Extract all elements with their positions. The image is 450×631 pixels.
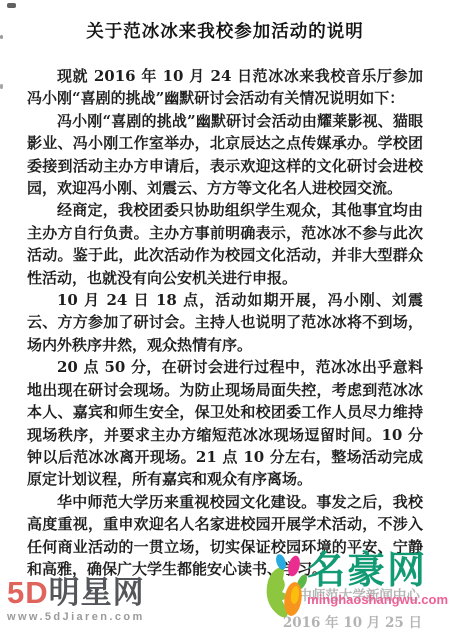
leaf-face-logo-icon xyxy=(261,554,313,624)
5d-logo-text: 明星网 xyxy=(49,575,145,610)
paragraph-agreement: 经商定，我校团委只协助组织学生观众，其他事宜均由主办方自行负责。主办方事前明确表… xyxy=(27,199,423,289)
scan-artifact xyxy=(0,35,3,39)
minghao-website-url: minghaoshangwu.com xyxy=(307,593,448,606)
paragraph-intro: 现就 2016 年 10 月 24 日范冰冰来我校音乐厅参加冯小刚“喜剧的挑战”… xyxy=(27,65,423,110)
watermark-minghao: 名豪网 minghaoshangwu.com xyxy=(261,552,448,624)
document-page: 关于范冰冰来我校参加活动的说明 现就 2016 年 10 月 24 日范冰冰来我… xyxy=(0,0,450,631)
paragraph-event: 10 月 24 日 18 点，活动如期开展，冯小刚、刘震云、方方参加了研讨会。主… xyxy=(27,289,423,356)
document-body: 现就 2016 年 10 月 24 日范冰冰来我校音乐厅参加冯小刚“喜剧的挑战”… xyxy=(27,65,423,580)
paragraph-organizers: 冯小刚“喜剧的挑战”幽默研讨会活动由耀莱影视、猫眼影业、冯小刚工作室举办，北京辰… xyxy=(27,110,423,200)
5d-logo-prefix: 5D xyxy=(7,575,49,610)
scan-artifact xyxy=(0,84,3,89)
5d-website-url: www.5dJiaren.com xyxy=(7,612,145,623)
watermark-5dmingxing: 5D明星网 www.5dJiaren.com xyxy=(7,577,145,623)
document-title: 关于范冰冰来我校参加活动的说明 xyxy=(0,0,450,43)
paragraph-incident: 20 点 50 分，在研讨会进行过程中，范冰冰出乎意料地出现在研讨会现场。为防止… xyxy=(27,356,423,490)
minghao-logo-text: 名豪网 xyxy=(307,552,448,590)
scan-artifact xyxy=(7,3,16,8)
5d-mingxing-logo: 5D明星网 xyxy=(7,577,145,608)
